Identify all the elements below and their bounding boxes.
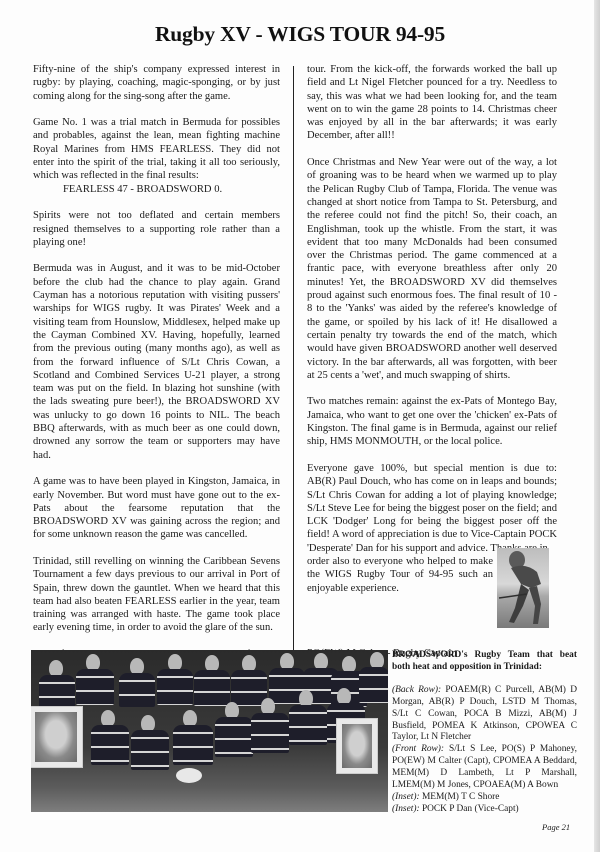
right-column: tour. From the kick-off, the forwards wo… (307, 63, 557, 608)
captain-figure-image (497, 548, 549, 628)
inset-portrait-left (31, 706, 83, 768)
inset-portrait-right (336, 718, 378, 774)
armoured-figure-icon (497, 548, 549, 628)
paragraph-text: Game No. 1 was a trial match in Bermuda … (33, 117, 280, 181)
page-edge-shadow (594, 0, 600, 852)
paragraph: tour. From the kick-off, the forwards wo… (307, 63, 557, 143)
score-line: FEARLESS 47 - BROADSWORD 0. (33, 183, 280, 196)
left-column: Fifty-nine of the ship's company express… (33, 63, 280, 701)
caption-label: (Inset): (392, 804, 420, 814)
paragraph: Fifty-nine of the ship's company express… (33, 63, 280, 103)
paragraph: Once Christmas and New Year were out of … (307, 156, 557, 382)
team-photo (31, 650, 388, 812)
caption-inset-2: POCK P Dan (Vice-Capt) (420, 804, 519, 814)
caption-heading: BROADSWORD's Rugby Team that beat both h… (392, 650, 577, 674)
paragraph: Game No. 1 was a trial match in Bermuda … (33, 116, 280, 196)
paragraph: Two matches remain: against the ex-Pats … (307, 395, 557, 448)
paragraph-narrow: order also to everyone who helped to mak… (307, 555, 493, 595)
paragraph-text: Everyone gave 100%, but special mention … (307, 463, 557, 554)
page-number: Page 21 (542, 822, 570, 832)
paragraph: Spirits were not too deflated and certai… (33, 209, 280, 249)
paragraph: A game was to have been played in Kingst… (33, 475, 280, 541)
rugby-ball (176, 768, 202, 783)
photo-caption: BROADSWORD's Rugby Team that beat both h… (392, 650, 577, 816)
column-divider (293, 66, 294, 660)
caption-label: (Inset): (392, 792, 420, 802)
paragraph: Everyone gave 100%, but special mention … (307, 462, 557, 555)
caption-label: (Back Row): (392, 685, 441, 695)
caption-label: (Front Row): (392, 744, 444, 754)
paragraph: Bermuda was in August, and it was to be … (33, 262, 280, 461)
page-title: Rugby XV - WIGS TOUR 94-95 (0, 22, 600, 47)
paragraph: Trinidad, still revelling on winning the… (33, 555, 280, 635)
caption-inset-1: MEM(M) T C Shore (420, 792, 500, 802)
